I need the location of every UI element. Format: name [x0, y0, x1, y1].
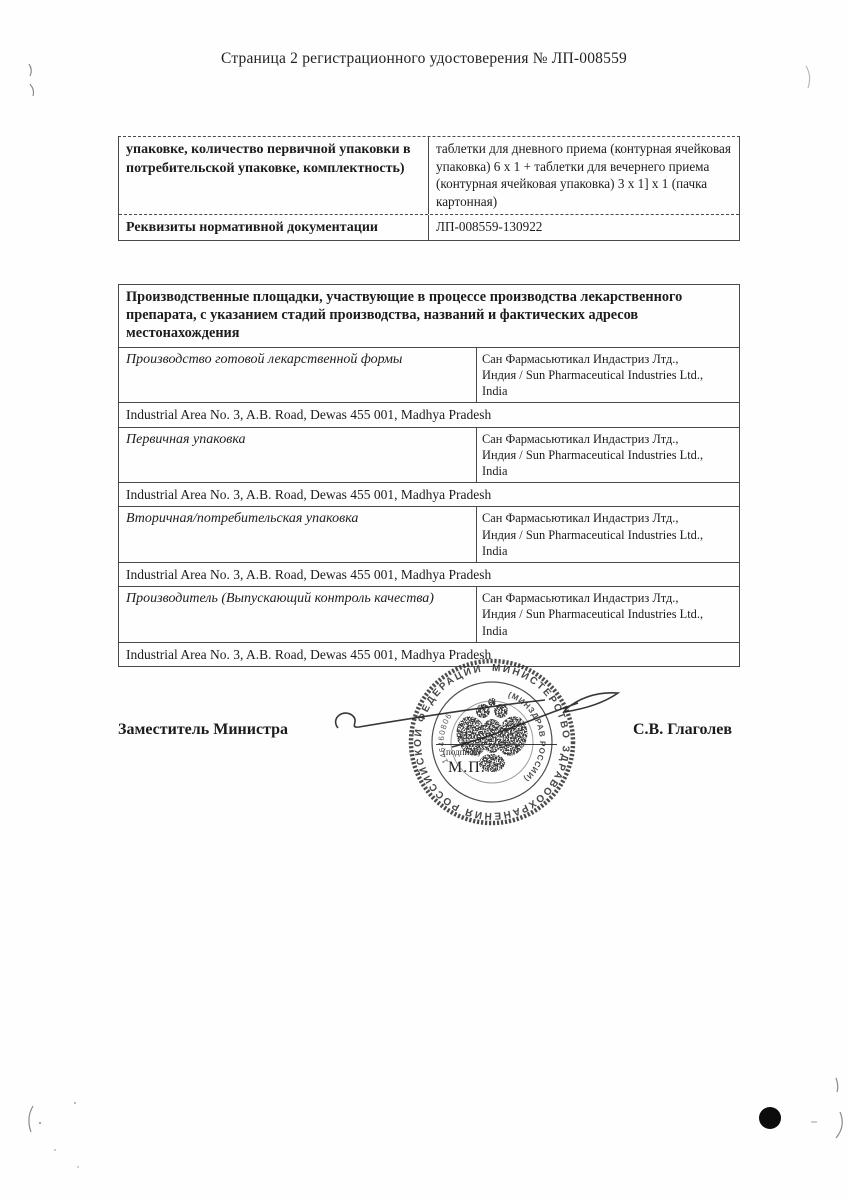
manufacturer-line: India	[482, 543, 734, 559]
field-value-cell: ЛП-008559-130922	[428, 215, 739, 240]
field-value-cell: таблетки для дневного приема (контурная …	[428, 137, 739, 214]
production-stage-cell: Производитель (Выпускающий контроль каче…	[119, 587, 476, 641]
manufacturer-line: Индия / Sun Pharmaceutical Industries Lt…	[482, 447, 734, 463]
manufacturer-line: Сан Фармасьютикал Индастриз Лтд.,	[482, 351, 734, 367]
production-stage-cell: Производство готовой лекарственной формы	[119, 348, 476, 402]
table-row: упаковке, количество первичной упаковки …	[119, 137, 739, 214]
manufacturer-line: India	[482, 383, 734, 399]
manufacturer-line: Индия / Sun Pharmaceutical Industries Lt…	[482, 367, 734, 383]
manufacturer-cell: Сан Фармасьютикал Индастриз Лтд., Индия …	[476, 587, 739, 641]
manufacturer-cell: Сан Фармасьютикал Индастриз Лтд., Индия …	[476, 348, 739, 402]
signatory-name: С.В. Глаголев	[633, 721, 732, 739]
signatory-title: Заместитель Министра	[118, 721, 288, 739]
scan-speckles	[39, 1102, 79, 1168]
address-cell: Industrial Area No. 3, A.B. Road, Dewas …	[119, 402, 739, 427]
registration-details-table: упаковке, количество первичной упаковки …	[118, 136, 740, 241]
manufacturer-line: India	[482, 463, 734, 479]
table-row: Вторичная/потребительская упаковка Сан Ф…	[119, 506, 739, 561]
manufacturer-cell: Сан Фармасьютикал Индастриз Лтд., Индия …	[476, 507, 739, 561]
table-row: Первичная упаковка Сан Фармасьютикал Инд…	[119, 427, 739, 482]
manufacturer-line: India	[482, 623, 734, 639]
table-row: Производитель (Выпускающий контроль каче…	[119, 586, 739, 641]
field-label-cell: Реквизиты нормативной документации	[119, 215, 428, 240]
address-cell: Industrial Area No. 3, A.B. Road, Dewas …	[119, 562, 739, 587]
table-header: Производственные площадки, участвующие в…	[119, 285, 739, 347]
punch-hole-dot	[759, 1107, 781, 1129]
production-sites-table: Производственные площадки, участвующие в…	[118, 284, 740, 667]
manufacturer-cell: Сан Фармасьютикал Индастриз Лтд., Индия …	[476, 428, 739, 482]
manufacturer-line: Сан Фармасьютикал Индастриз Лтд.,	[482, 590, 734, 606]
field-label-cell: упаковке, количество первичной упаковки …	[119, 137, 428, 214]
manufacturer-line: Индия / Sun Pharmaceutical Industries Lt…	[482, 606, 734, 622]
seal-place-mark: М.П.	[448, 759, 486, 777]
manufacturer-line: Индия / Sun Pharmaceutical Industries Lt…	[482, 527, 734, 543]
table-row: Производство готовой лекарственной формы…	[119, 347, 739, 402]
address-cell: Industrial Area No. 3, A.B. Road, Dewas …	[119, 482, 739, 507]
table-row: Реквизиты нормативной документации ЛП-00…	[119, 214, 739, 240]
page-title: Страница 2 регистрационного удостоверени…	[0, 50, 848, 68]
manufacturer-line: Сан Фармасьютикал Индастриз Лтд.,	[482, 510, 734, 526]
manufacturer-line: Сан Фармасьютикал Индастриз Лтд.,	[482, 431, 734, 447]
ministry-seal-stamp: МИНИСТЕРСТВО ЗДРАВООХРАНЕНИЯ РОССИЙСКОЙ …	[397, 647, 587, 837]
production-stage-cell: Вторичная/потребительская упаковка	[119, 507, 476, 561]
production-stage-cell: Первичная упаковка	[119, 428, 476, 482]
